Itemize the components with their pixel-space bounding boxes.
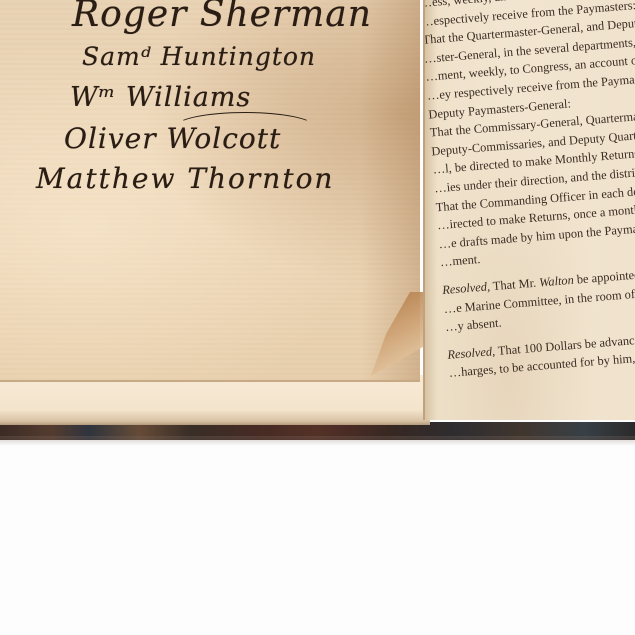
- page-stack: [0, 375, 430, 425]
- signature-matthew-thornton: Matthew Thornton: [36, 162, 334, 195]
- printed-page: …ess, weekly, an account …espectively re…: [423, 0, 635, 420]
- signature-samuel-huntington: Samᵈ Huntington: [82, 42, 316, 71]
- signature-roger-sherman: Roger Sherman: [72, 0, 372, 35]
- signature-oliver-wolcott: Oliver Wolcott: [64, 122, 281, 155]
- signature-william-williams: Wᵐ Williams: [70, 82, 251, 113]
- printed-text-block: …ess, weekly, an account …espectively re…: [423, 0, 635, 383]
- photo-scene: Roger Sherman Samᵈ Huntington Wᵐ William…: [0, 0, 635, 635]
- manuscript-leaf: Roger Sherman Samᵈ Huntington Wᵐ William…: [0, 0, 420, 382]
